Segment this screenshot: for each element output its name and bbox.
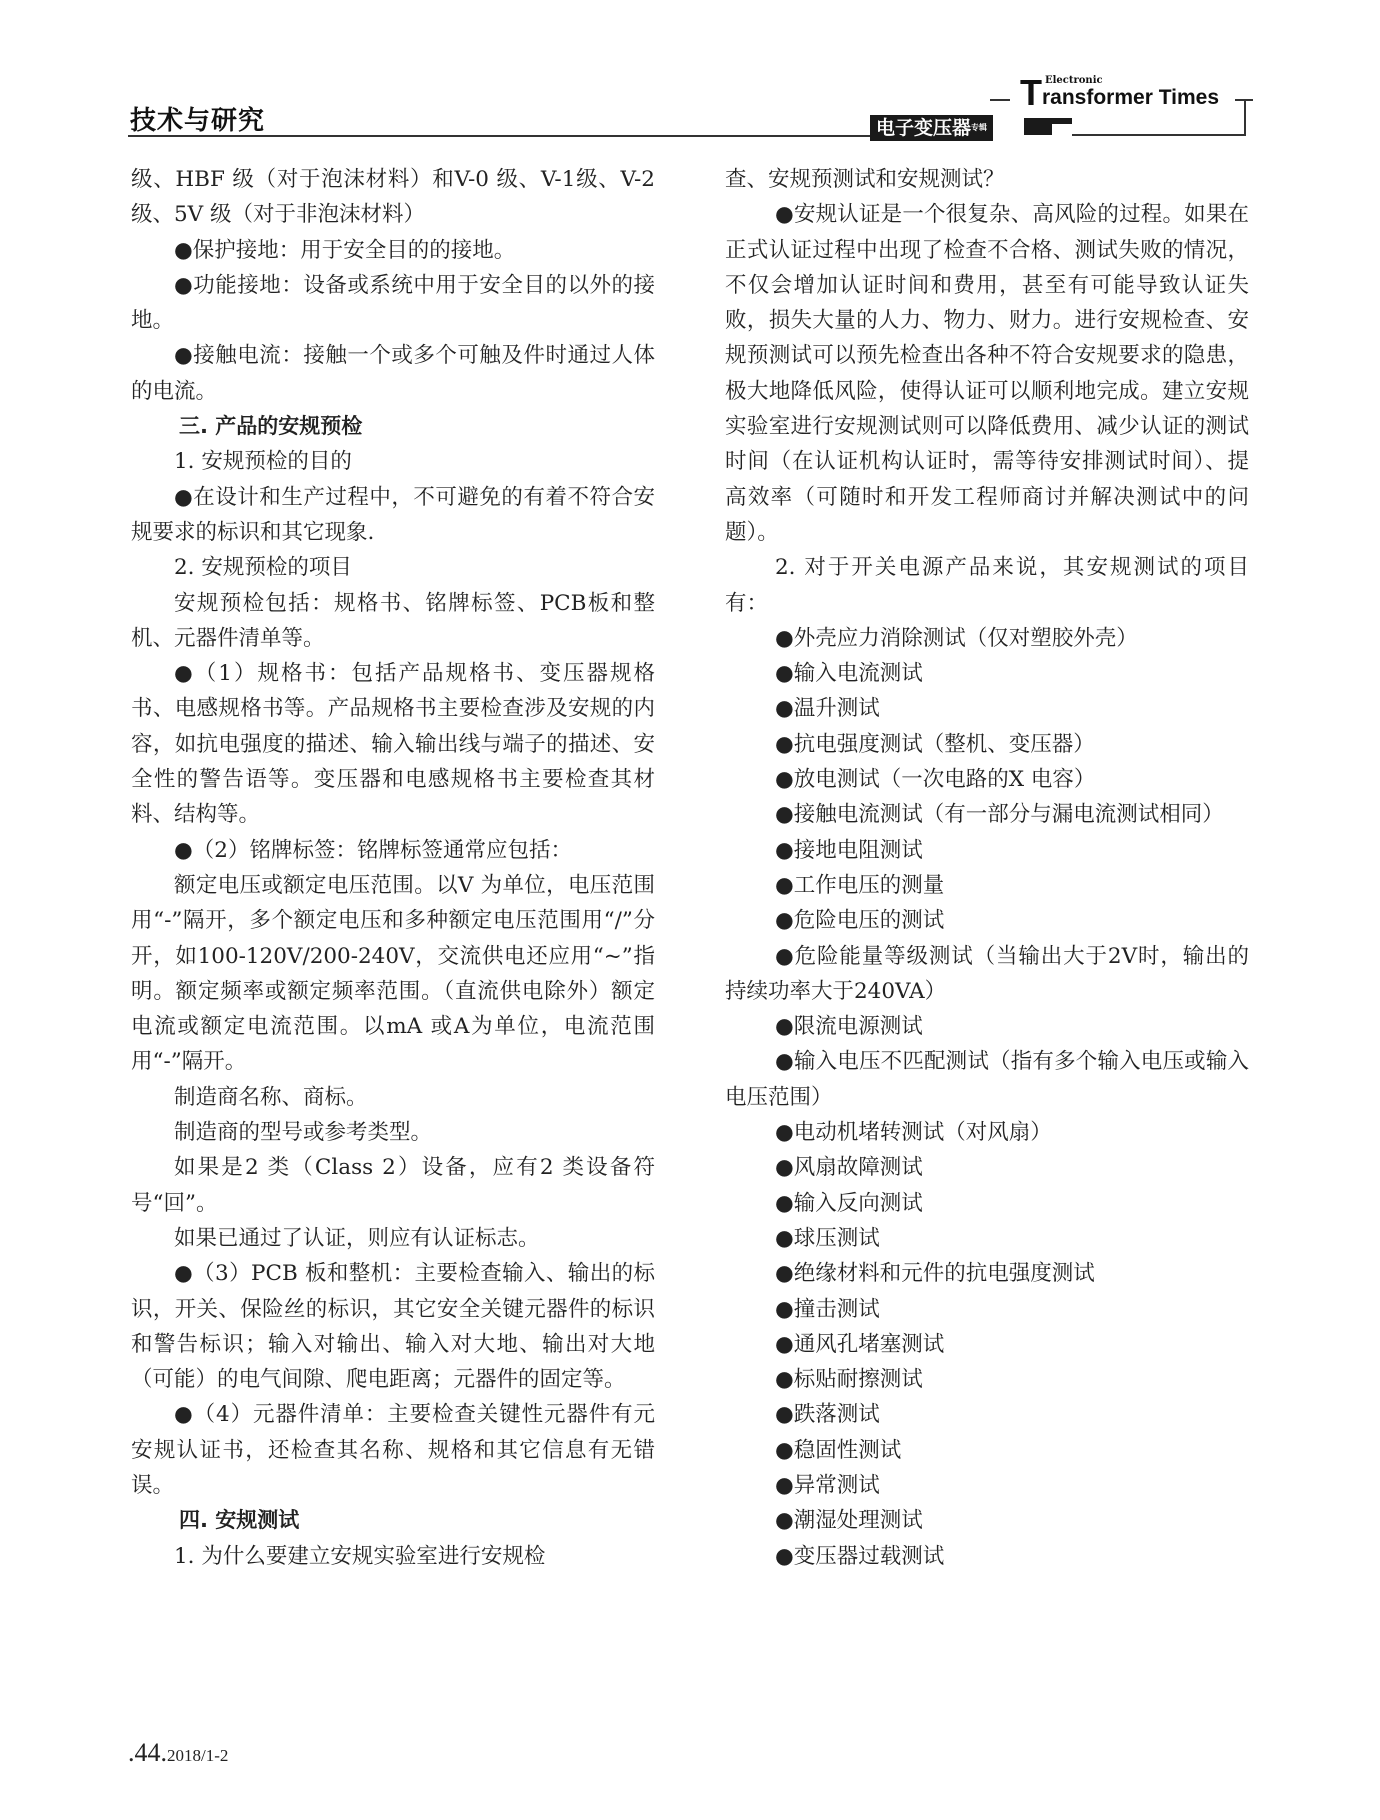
paragraph: ●（3）PCB 板和整机：主要检查输入、输出的标识，开关、保险丝的标识，其它安全… — [131, 1256, 655, 1397]
paragraph: ●接地电阻测试 — [725, 833, 1249, 868]
paragraph: 1. 安规预检的目的 — [131, 444, 655, 479]
section-heading: 四. 安规测试 — [131, 1503, 655, 1538]
logo-title: ransformer Times — [1042, 86, 1219, 110]
paragraph: ●输入电压不匹配测试（指有多个输入电压或输入电压范围） — [725, 1044, 1249, 1115]
paragraph: ●标贴耐擦测试 — [725, 1362, 1249, 1397]
paragraph: ●风扇故障测试 — [725, 1150, 1249, 1185]
paragraph: ●接触电流：接触一个或多个可触及件时通过人体的电流。 — [131, 338, 655, 409]
paragraph: 1. 为什么要建立安规实验室进行安规检 — [131, 1539, 655, 1574]
page-footer: .44.2018/1-2 — [128, 1738, 228, 1768]
journal-name: 电子变压器 — [876, 117, 971, 139]
journal-edition: 专辑 — [971, 123, 987, 132]
paragraph: ●稳固性测试 — [725, 1433, 1249, 1468]
paragraph: ●工作电压的测量 — [725, 868, 1249, 903]
paragraph: 查、安规预测试和安规测试？ — [725, 162, 1249, 197]
paragraph: ●输入电流测试 — [725, 656, 1249, 691]
header-rule-mid — [700, 135, 870, 137]
paragraph: ●输入反向测试 — [725, 1186, 1249, 1221]
paragraph: 2. 对于开关电源产品来说，其安规测试的项目有： — [725, 550, 1249, 621]
paragraph: ●（4）元器件清单：主要检查关键性元器件有元安规认证书，还检查其名称、规格和其它… — [131, 1397, 655, 1503]
logo-electronic: Electronic — [1045, 75, 1103, 86]
page-number: .44. — [128, 1738, 167, 1767]
paragraph: ●外壳应力消除测试（仅对塑胶外壳） — [725, 621, 1249, 656]
journal-name-box: 电子变压器专辑 — [870, 115, 993, 141]
paragraph: ●危险电压的测试 — [725, 903, 1249, 938]
paragraph: ●功能接地：设备或系统中用于安全目的以外的接地。 — [131, 268, 655, 339]
paragraph: ●危险能量等级测试（当输出大于2V时，输出的持续功率大于240VA） — [725, 939, 1249, 1010]
paragraph: ●在设计和生产过程中，不可避免的有着不符合安规要求的标识和其它现象. — [131, 480, 655, 551]
logo-step-decoration — [1024, 124, 1052, 135]
issue-date: 2018/1-2 — [167, 1746, 228, 1765]
paragraph: 级、HBF 级（对于泡沫材料）和V-0 级、V-1级、V-2级、5V 级（对于非… — [131, 162, 655, 233]
header-rule-left — [128, 135, 708, 137]
paragraph: ●跌落测试 — [725, 1397, 1249, 1432]
section-title: 技术与研究 — [130, 100, 265, 137]
paragraph: ●安规认证是一个很复杂、高风险的过程。如果在正式认证过程中出现了检查不合格、测试… — [725, 197, 1249, 550]
paragraph: ●限流电源测试 — [725, 1009, 1249, 1044]
paragraph: ●（2）铭牌标签：铭牌标签通常应包括： — [131, 833, 655, 868]
paragraph: 制造商名称、商标。 — [131, 1080, 655, 1115]
paragraph: ●（1）规格书：包括产品规格书、变压器规格书、电感规格书等。产品规格书主要检查涉… — [131, 656, 655, 832]
paragraph: ●变压器过载测试 — [725, 1539, 1249, 1574]
logo-bracket-bottom — [1072, 134, 1246, 136]
paragraph: ●抗电强度测试（整机、变压器） — [725, 727, 1249, 762]
paragraph: ●放电测试（一次电路的X 电容） — [725, 762, 1249, 797]
logo-big-letter: T — [1020, 75, 1042, 111]
paragraph: ●保护接地：用于安全目的的接地。 — [131, 233, 655, 268]
paragraph: 2. 安规预检的项目 — [131, 550, 655, 585]
paragraph: 如果是2 类（Class 2）设备，应有2 类设备符号“回”。 — [131, 1150, 655, 1221]
paragraph: 如果已通过了认证，则应有认证标志。 — [131, 1221, 655, 1256]
paragraph: ●通风孔堵塞测试 — [725, 1327, 1249, 1362]
logo-dash-left — [990, 99, 1010, 101]
paragraph: ●潮湿处理测试 — [725, 1503, 1249, 1538]
section-heading: 三. 产品的安规预检 — [131, 409, 655, 444]
paragraph: ●温升测试 — [725, 691, 1249, 726]
paragraph: 额定电压或额定电压范围。以V 为单位，电压范围用“-”隔开，多个额定电压和多种额… — [131, 868, 655, 1080]
paragraph: ●球压测试 — [725, 1221, 1249, 1256]
paragraph: 制造商的型号或参考类型。 — [131, 1115, 655, 1150]
paragraph: ●异常测试 — [725, 1468, 1249, 1503]
paragraph: 安规预检包括：规格书、铭牌标签、PCB板和整机、元器件清单等。 — [131, 586, 655, 657]
paragraph: ●绝缘材料和元件的抗电强度测试 — [725, 1256, 1249, 1291]
right-column: 查、安规预测试和安规测试？●安规认证是一个很复杂、高风险的过程。如果在正式认证过… — [725, 162, 1249, 1574]
paragraph: ●接触电流测试（有一部分与漏电流测试相同） — [725, 797, 1249, 832]
left-column: 级、HBF 级（对于泡沫材料）和V-0 级、V-1级、V-2级、5V 级（对于非… — [131, 162, 655, 1574]
paragraph: ●撞击测试 — [725, 1292, 1249, 1327]
logo-bracket-vertical — [1244, 99, 1246, 135]
paragraph: ●电动机堵转测试（对风扇） — [725, 1115, 1249, 1150]
